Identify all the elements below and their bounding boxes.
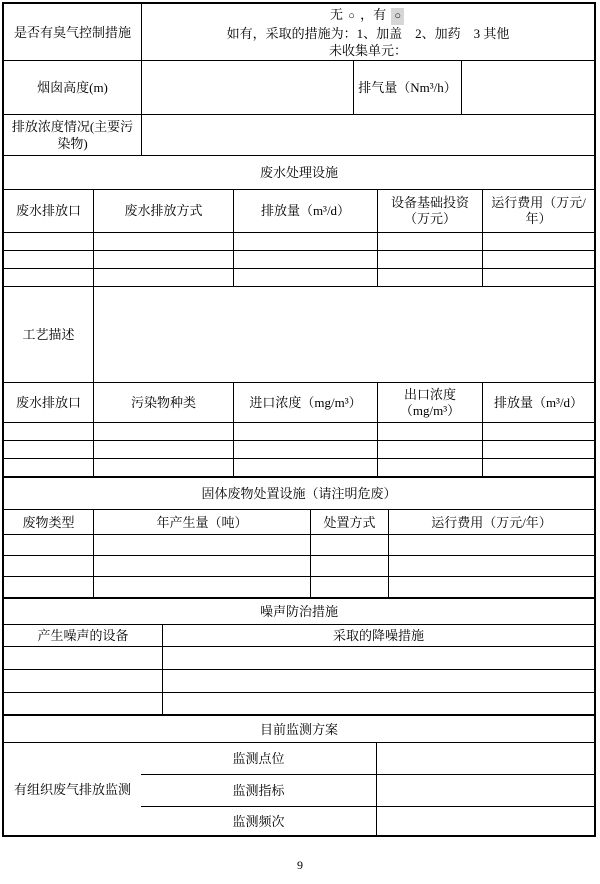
pol-header-outlet: 废水排放口 — [4, 383, 93, 422]
pol-cell — [233, 459, 377, 476]
pol-cell — [93, 423, 233, 440]
ww-cell — [233, 269, 377, 286]
wastewater-section-row: 废水处理设施 — [4, 155, 594, 189]
odor-no-circle-icon: ○ — [348, 8, 355, 25]
pollutant-data-row — [4, 440, 594, 458]
emission-concentration-value-cell — [141, 115, 594, 155]
ww-cell — [4, 269, 93, 286]
pol-cell — [233, 423, 377, 440]
noise-cell — [4, 647, 162, 669]
monitoring-group-label: 有组织废气排放监测 — [4, 743, 141, 835]
pol-header-outlet-conc: 出口浓度（mg/m³） — [377, 383, 482, 422]
sw-cell — [93, 556, 310, 576]
pol-cell — [93, 441, 233, 458]
ww-cell — [482, 251, 594, 268]
noise-header-equipment: 产生噪声的设备 — [4, 625, 162, 646]
ww-cell — [233, 233, 377, 250]
sw-cell — [310, 535, 388, 555]
pol-cell — [4, 459, 93, 476]
ww-header-investment: 设备基础投资（万元） — [377, 190, 482, 232]
pol-cell — [482, 459, 594, 476]
noise-cell — [4, 693, 162, 714]
odor-control-label: 是否有臭气控制措施 — [4, 4, 141, 60]
sw-header-annual: 年产生量（吨） — [93, 510, 310, 534]
sw-cell — [388, 577, 594, 597]
noise-header-row: 产生噪声的设备 采取的降噪措施 — [4, 624, 594, 646]
emission-concentration-row: 排放浓度情况(主要污染物) — [4, 114, 594, 155]
process-description-value-cell — [93, 287, 594, 382]
noise-header-measures: 采取的降噪措施 — [162, 625, 594, 646]
noise-cell — [162, 670, 594, 692]
chimney-height-label: 烟囱高度(m) — [4, 61, 141, 114]
ww-cell — [377, 251, 482, 268]
document-page: 是否有臭气控制措施 无 ○ ，有 ○ 如有，采取的措施为：1、加盖 2、加药 3… — [0, 0, 600, 884]
monitoring-point-label: 监测点位 — [141, 743, 376, 774]
monitoring-group-row: 有组织废气排放监测 监测点位 监测指标 监测频次 — [4, 742, 594, 835]
pol-header-type: 污染物种类 — [93, 383, 233, 422]
sw-cell — [4, 535, 93, 555]
monitoring-frequency-label: 监测频次 — [141, 807, 376, 835]
sw-cell — [4, 556, 93, 576]
noise-cell — [162, 647, 594, 669]
wastewater-data-row — [4, 250, 594, 268]
odor-option-line: 无 ○ ，有 ○ — [145, 6, 591, 25]
sw-cell — [310, 577, 388, 597]
ww-cell — [93, 233, 233, 250]
sw-cell — [388, 556, 594, 576]
exhaust-volume-label: 排气量（Nm³/h） — [353, 61, 461, 114]
ww-cell — [4, 233, 93, 250]
ww-cell — [377, 233, 482, 250]
sw-cell — [310, 556, 388, 576]
sw-cell — [4, 577, 93, 597]
process-description-row: 工艺描述 — [4, 286, 594, 382]
ww-header-cost: 运行费用（万元/年） — [482, 190, 594, 232]
pol-header-inlet: 进口浓度（mg/m³） — [233, 383, 377, 422]
pol-cell — [4, 441, 93, 458]
solid-waste-data-row — [4, 534, 594, 555]
pol-cell — [377, 459, 482, 476]
emission-concentration-label: 排放浓度情况(主要污染物) — [4, 115, 141, 155]
odor-measures-line: 如有，采取的措施为：1、加盖 2、加药 3 其他 — [145, 25, 591, 42]
wastewater-data-row — [4, 268, 594, 286]
noise-cell — [162, 693, 594, 714]
exhaust-volume-value-cell — [461, 61, 594, 114]
ww-cell — [93, 269, 233, 286]
noise-data-row — [4, 669, 594, 692]
pol-header-volume: 排放量（m³/d） — [482, 383, 594, 422]
pol-cell — [482, 441, 594, 458]
monitoring-indicator-value-cell — [376, 775, 594, 806]
noise-data-row — [4, 692, 594, 714]
chimney-row: 烟囱高度(m) 排气量（Nm³/h） — [4, 60, 594, 114]
odor-no-label: 无 — [330, 7, 343, 22]
monitoring-row: 监测点位 — [141, 743, 594, 774]
odor-control-row: 是否有臭气控制措施 无 ○ ，有 ○ 如有，采取的措施为：1、加盖 2、加药 3… — [4, 4, 594, 60]
form-table: 是否有臭气控制措施 无 ○ ，有 ○ 如有，采取的措施为：1、加盖 2、加药 3… — [2, 2, 596, 837]
monitoring-frequency-value-cell — [376, 807, 594, 835]
ww-header-volume: 排放量（m³/d） — [233, 190, 377, 232]
wastewater-section-title: 废水处理设施 — [4, 156, 594, 189]
ww-cell — [93, 251, 233, 268]
monitoring-indicator-label: 监测指标 — [141, 775, 376, 806]
sw-header-cost: 运行费用（万元/年） — [388, 510, 594, 534]
sw-cell — [93, 535, 310, 555]
ww-cell — [482, 269, 594, 286]
odor-control-options: 无 ○ ，有 ○ 如有，采取的措施为：1、加盖 2、加药 3 其他 未收集单元： — [141, 4, 594, 60]
solid-waste-section-title: 固体废物处置设施（请注明危废） — [4, 478, 594, 509]
odor-uncollected-line: 未收集单元： — [145, 42, 591, 59]
page-number: 9 — [0, 858, 600, 873]
monitoring-section-title: 目前监测方案 — [4, 716, 594, 742]
noise-section-title: 噪声防治措施 — [4, 599, 594, 624]
pol-cell — [377, 441, 482, 458]
monitoring-subtable: 监测点位 监测指标 监测频次 — [141, 743, 594, 835]
monitoring-section-row: 目前监测方案 — [4, 714, 594, 742]
monitoring-row: 监测频次 — [141, 806, 594, 835]
wastewater-header-row: 废水排放口 废水排放方式 排放量（m³/d） 设备基础投资（万元） 运行费用（万… — [4, 189, 594, 232]
ww-cell — [233, 251, 377, 268]
process-description-label: 工艺描述 — [4, 287, 93, 382]
pol-cell — [4, 423, 93, 440]
chimney-height-value-cell — [141, 61, 353, 114]
sw-header-type: 废物类型 — [4, 510, 93, 534]
solid-waste-header-row: 废物类型 年产生量（吨） 处置方式 运行费用（万元/年） — [4, 509, 594, 534]
pol-cell — [93, 459, 233, 476]
noise-cell — [4, 670, 162, 692]
pol-cell — [377, 423, 482, 440]
ww-header-outlet: 废水排放口 — [4, 190, 93, 232]
noise-section-row: 噪声防治措施 — [4, 597, 594, 624]
solid-waste-section-row: 固体废物处置设施（请注明危废） — [4, 476, 594, 509]
sw-cell — [93, 577, 310, 597]
pol-cell — [233, 441, 377, 458]
sw-cell — [388, 535, 594, 555]
pollutant-data-row — [4, 422, 594, 440]
ww-cell — [4, 251, 93, 268]
odor-has-label: ，有 — [360, 7, 386, 22]
pol-cell — [482, 423, 594, 440]
sw-header-disposal: 处置方式 — [310, 510, 388, 534]
monitoring-point-value-cell — [376, 743, 594, 774]
solid-waste-data-row — [4, 555, 594, 576]
ww-cell — [377, 269, 482, 286]
noise-data-row — [4, 646, 594, 669]
pollutant-header-row: 废水排放口 污染物种类 进口浓度（mg/m³） 出口浓度（mg/m³） 排放量（… — [4, 382, 594, 422]
solid-waste-data-row — [4, 576, 594, 597]
ww-header-method: 废水排放方式 — [93, 190, 233, 232]
monitoring-row: 监测指标 — [141, 774, 594, 806]
wastewater-data-row — [4, 232, 594, 250]
odor-has-circle-form-field[interactable]: ○ — [391, 8, 404, 25]
ww-cell — [482, 233, 594, 250]
pollutant-data-row — [4, 458, 594, 476]
